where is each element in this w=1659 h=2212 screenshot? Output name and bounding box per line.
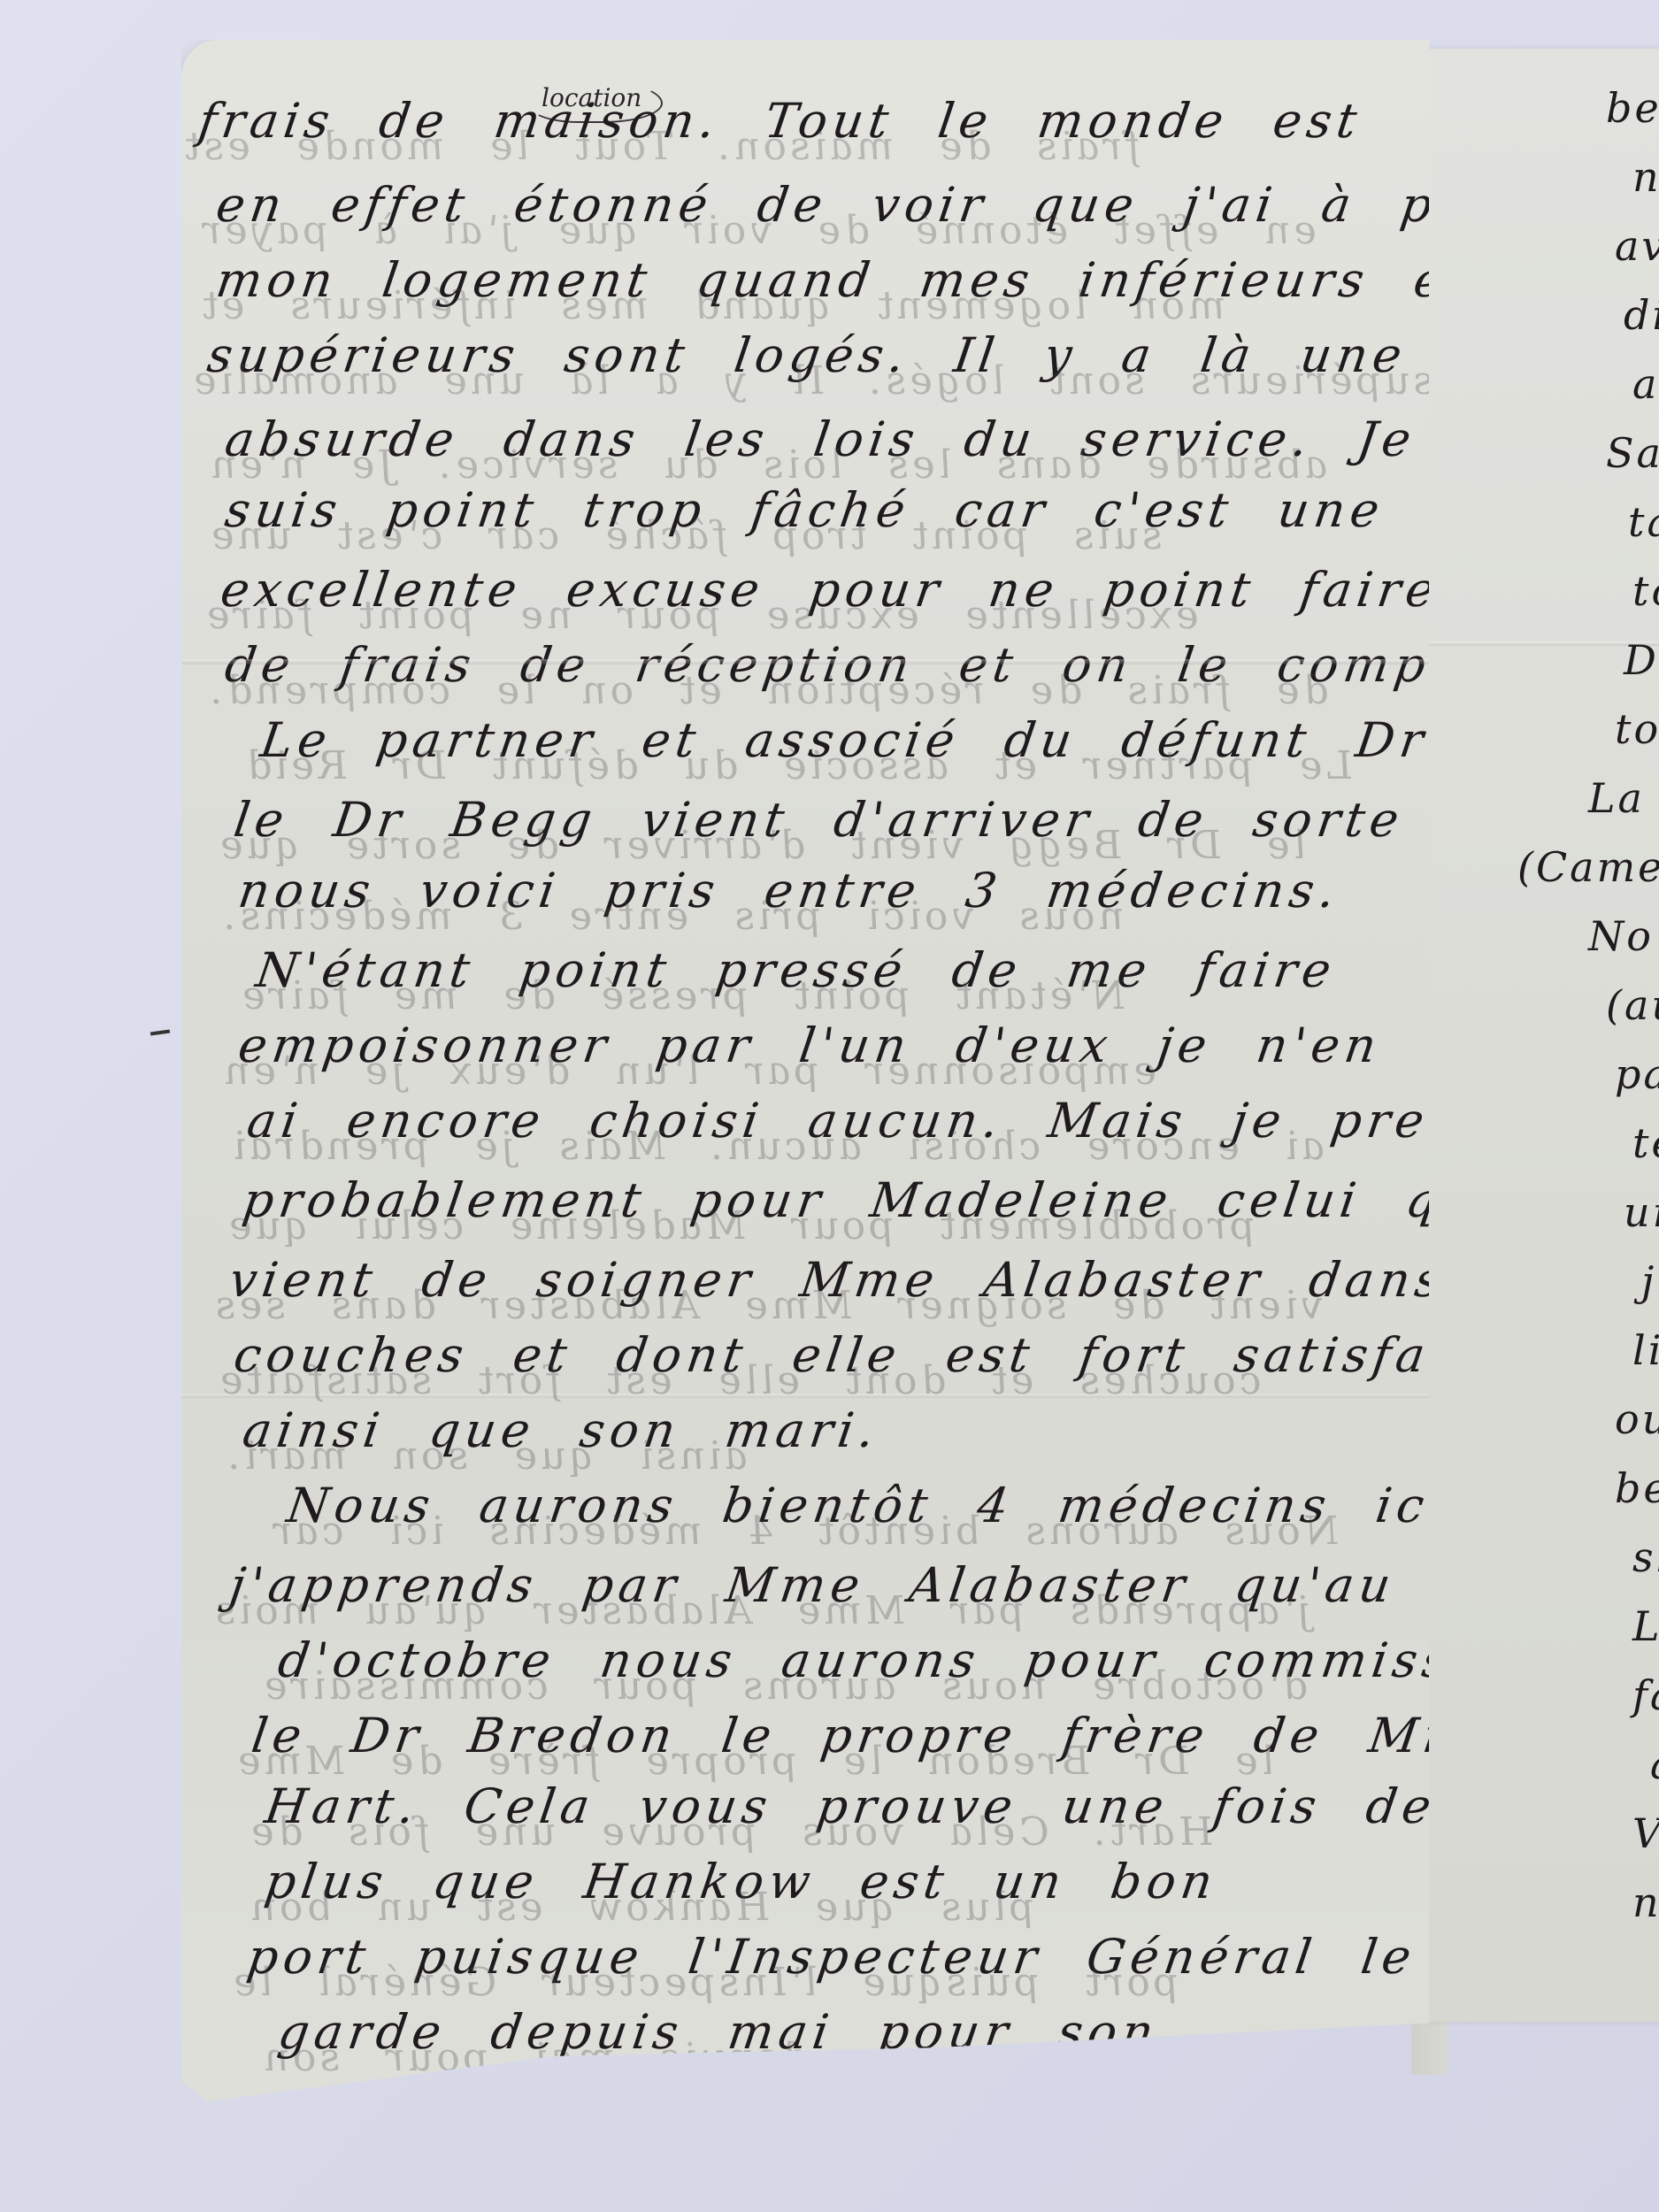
bleed-through-text: port puisque l'Inspecteur Général le [227, 1960, 1182, 2005]
right-page-fragment: dif [1624, 291, 1659, 339]
right-page-fragment: (Camel [1517, 843, 1659, 891]
right-page-fragment: fa [1632, 1671, 1659, 1719]
bleed-through-text: probablement pour Madeleine celui que [222, 1203, 1258, 1248]
bleed-through-text: Nous aurons bientôt 4 médecins ici car [266, 1509, 1341, 1554]
right-page-fragment: Sain [1606, 429, 1659, 477]
right-page-fragment: ne [1632, 1878, 1659, 1926]
right-page-fragment: Lo [1632, 1602, 1659, 1650]
left-page-text: frais de maison. Tout le monde estfrais … [181, 40, 1429, 2101]
bleed-through-text: absurde dans les lois du service. Je n'e… [204, 442, 1331, 488]
right-page-fragment: (au [1606, 981, 1659, 1029]
bleed-through-text: de frais de réception et on le comprend. [204, 668, 1331, 713]
bleed-through-text: le Dr Bredon le propre frère de Mme [231, 1739, 1277, 1784]
right-page-fragment: av [1615, 222, 1659, 270]
letter-left-page: location frais de maison. Tout le monde … [181, 40, 1429, 2101]
right-page-fragment: te [1632, 1119, 1659, 1167]
bleed-through-text: vient de soigner Mme Alabaster dans ses [209, 1283, 1325, 1328]
right-page-fragment: no [1632, 153, 1659, 201]
right-page-fragment: ju [1641, 1257, 1659, 1305]
right-page-fragment: sh [1632, 1533, 1659, 1581]
bleed-through-text: Hart. Cela vous prouve une fois de [244, 1809, 1216, 1855]
bleed-through-text: en effet étonné de voir que j'ai à payer [196, 208, 1319, 253]
right-page-fragment: un [1624, 1188, 1659, 1236]
right-page-fragment: La [1588, 774, 1645, 822]
bleed-through-text: ai encore choisi aucun. Mais je prendrai [227, 1124, 1328, 1169]
bleed-through-text: j'apprends par Mme Alabaster qu'au mois [209, 1588, 1313, 1633]
bleed-through-text: mon logement quand mes inférieurs et [196, 283, 1228, 328]
bleed-through-text: couches et dont elle est fort satisfaite [213, 1358, 1264, 1403]
right-page-fragment: a [1650, 1740, 1659, 1788]
right-page-fragment: ta [1628, 498, 1659, 546]
right-page-fragment: toy [1632, 567, 1659, 615]
bleed-through-text: empoisonner par l'un d'eux je n'en [218, 1048, 1160, 1094]
right-page-fragment: lig [1632, 1326, 1659, 1374]
right-page-fragment: pa [1615, 1050, 1659, 1098]
bleed-through-text: le Dr Begg vient d'arriver de sorte que [213, 823, 1309, 868]
bleed-through-text: supérieurs sont logés. Il y a là une ano… [187, 358, 1436, 403]
right-page-fragment: Vo [1632, 1809, 1659, 1857]
bleed-through-text: suis point trop fâché car c'est une [204, 513, 1165, 558]
bleed-through-text: excellente excuse pour ne point faire [200, 593, 1202, 638]
right-page-fragment: beau [1615, 1464, 1659, 1512]
right-page-fragment: beau [1606, 84, 1659, 132]
ink-mark [150, 1029, 170, 1035]
bleed-through-text: frais de maison. Tout le monde est [178, 124, 1143, 169]
bleed-through-text: ainsi que son mari. [222, 1433, 750, 1479]
bleed-through-text: garde depuis mai pour son [257, 2035, 987, 2080]
right-page-fragment: Du [1624, 636, 1659, 684]
photo-background: beaunoavdifauSaintatoyDutouLa(CamelNo 1(… [0, 0, 1659, 2212]
right-page-fragment: No 1 [1588, 912, 1659, 960]
right-page-fragment: tou [1615, 705, 1659, 753]
right-page-fragment: au [1632, 360, 1659, 408]
bleed-through-text: nous voici pris entre 3 médecins. [218, 894, 1127, 939]
bleed-through-text: N'étant point pressé de me faire [235, 973, 1127, 1018]
bleed-through-text: plus que Hankow est un bon [244, 1885, 1038, 1930]
letter-right-page: beaunoavdifauSaintatoyDutouLa(CamelNo 1(… [1429, 49, 1659, 2022]
bleed-through-text: d'octobre nous aurons pour commissaire [257, 1663, 1310, 1709]
bleed-through-text: Le partner et associé du défunt Dr Reid [240, 743, 1355, 788]
right-page-fragment: ou [1615, 1395, 1659, 1443]
